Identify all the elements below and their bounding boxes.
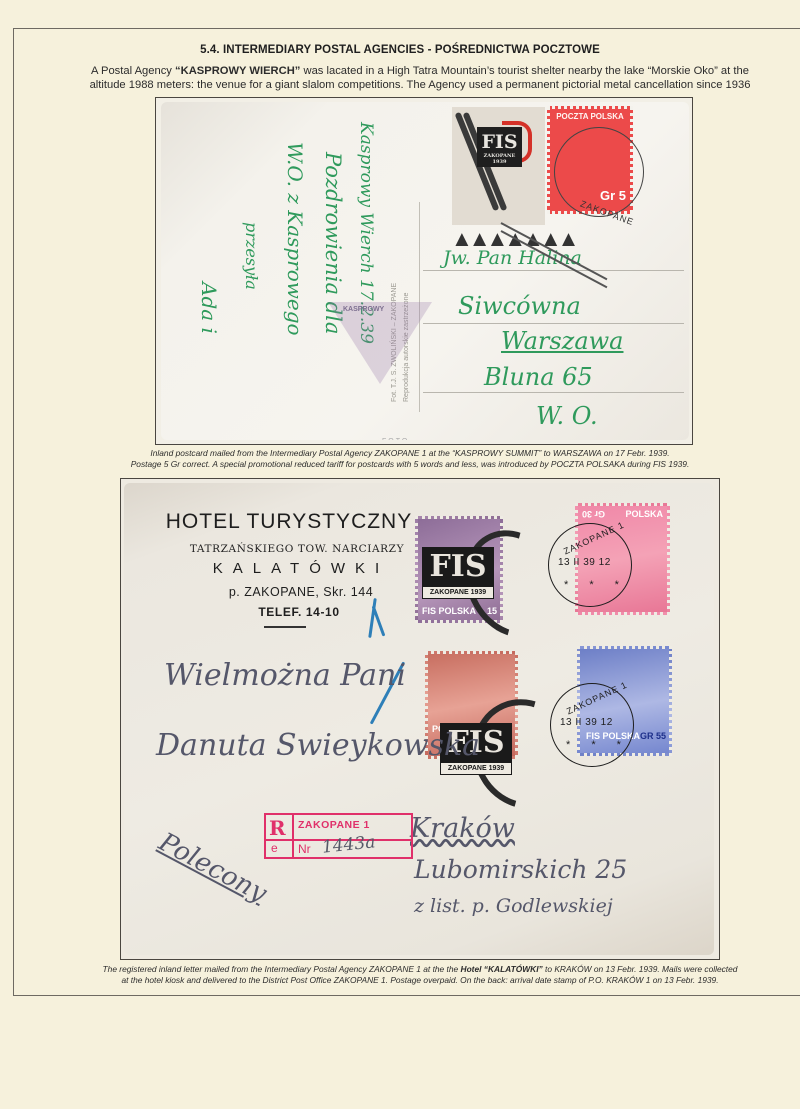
letterhead-place: KALATÓWKI bbox=[148, 560, 454, 577]
letterhead-subtitle: TATRZAŃSKIEGO TOW. NARCIARZY bbox=[144, 543, 450, 555]
letterhead-address: p. ZAKOPANE, Skr. 144 bbox=[148, 585, 454, 599]
reg-divider bbox=[292, 815, 294, 857]
address-rule bbox=[423, 270, 684, 271]
handwritten-address-line: Wielmożna Pani bbox=[164, 658, 406, 693]
fis-vignette: FIS ZAKOPANE 1939 bbox=[452, 107, 545, 225]
handwritten-message-line: Ada i bbox=[197, 282, 221, 334]
registration-number: 1443a bbox=[321, 832, 376, 857]
envelope-mount: HOTEL TURYSTYCZNY TATRZAŃSKIEGO TOW. NAR… bbox=[120, 478, 720, 960]
handwritten-address-line: Kraków bbox=[410, 813, 515, 844]
handwritten-address-line: Lubomirskich 25 bbox=[414, 855, 627, 884]
handwritten-address-line: Siwcówna bbox=[458, 292, 581, 320]
envelope-image: HOTEL TURYSTYCZNY TATRZAŃSKIEGO TOW. NAR… bbox=[124, 483, 714, 955]
agency-name: “KASPROWY WIERCH” bbox=[175, 65, 300, 77]
postcard-image: Kasprowy Wierch 17.2.39 Pozdrowienia dla… bbox=[161, 102, 689, 440]
ornament-rule bbox=[264, 626, 306, 628]
registration-label: R e ZAKOPANE 1 Nr 1443a bbox=[264, 813, 413, 859]
envelope-caption: The registered inland letter mailed from… bbox=[70, 964, 770, 986]
handwritten-address-line: Warszawa bbox=[501, 327, 623, 355]
fis-logo: FIS ZAKOPANE 1939 bbox=[477, 127, 522, 167]
foto-label: FOTO bbox=[382, 438, 409, 440]
postcard-caption: Inland postcard mailed from the Intermed… bbox=[110, 448, 710, 470]
kasprowy-cachet bbox=[328, 302, 432, 384]
letterhead-name: HOTEL TURYSTYCZNY bbox=[136, 510, 442, 534]
address-rule bbox=[423, 323, 684, 324]
address-rule bbox=[423, 392, 684, 393]
cachet-text: KASPROWY bbox=[343, 306, 384, 313]
section-title: 5.4. INTERMEDIARY POSTAL AGENCIES - POŚR… bbox=[0, 44, 800, 56]
postcard-mount: Kasprowy Wierch 17.2.39 Pozdrowienia dla… bbox=[155, 97, 693, 445]
handwritten-message-line: przesyła bbox=[242, 222, 261, 290]
zakopane-postmark bbox=[554, 127, 644, 217]
letterhead-phone: TELEF. 14-10 bbox=[146, 605, 452, 619]
handwritten-annotation: Polecony bbox=[154, 827, 272, 909]
handwritten-message-line: W.O. z Kasprowego bbox=[283, 142, 307, 336]
handwritten-address-line: Bluna 65 bbox=[484, 363, 593, 391]
handwritten-address-line: Danuta Swieykowska bbox=[156, 728, 480, 763]
handwritten-address-line: W. O. bbox=[536, 402, 598, 430]
handwritten-address-line: z list. p. Godlewskiej bbox=[414, 895, 613, 917]
fis-cancel: FIS ZAKOPANE 1939 bbox=[422, 547, 494, 587]
intro-paragraph: A Postal Agency “KASPROWY WIERCH” was la… bbox=[80, 64, 760, 92]
trees-cancel-illustration: ▲▲▲▲▲▲▲ bbox=[451, 224, 591, 254]
